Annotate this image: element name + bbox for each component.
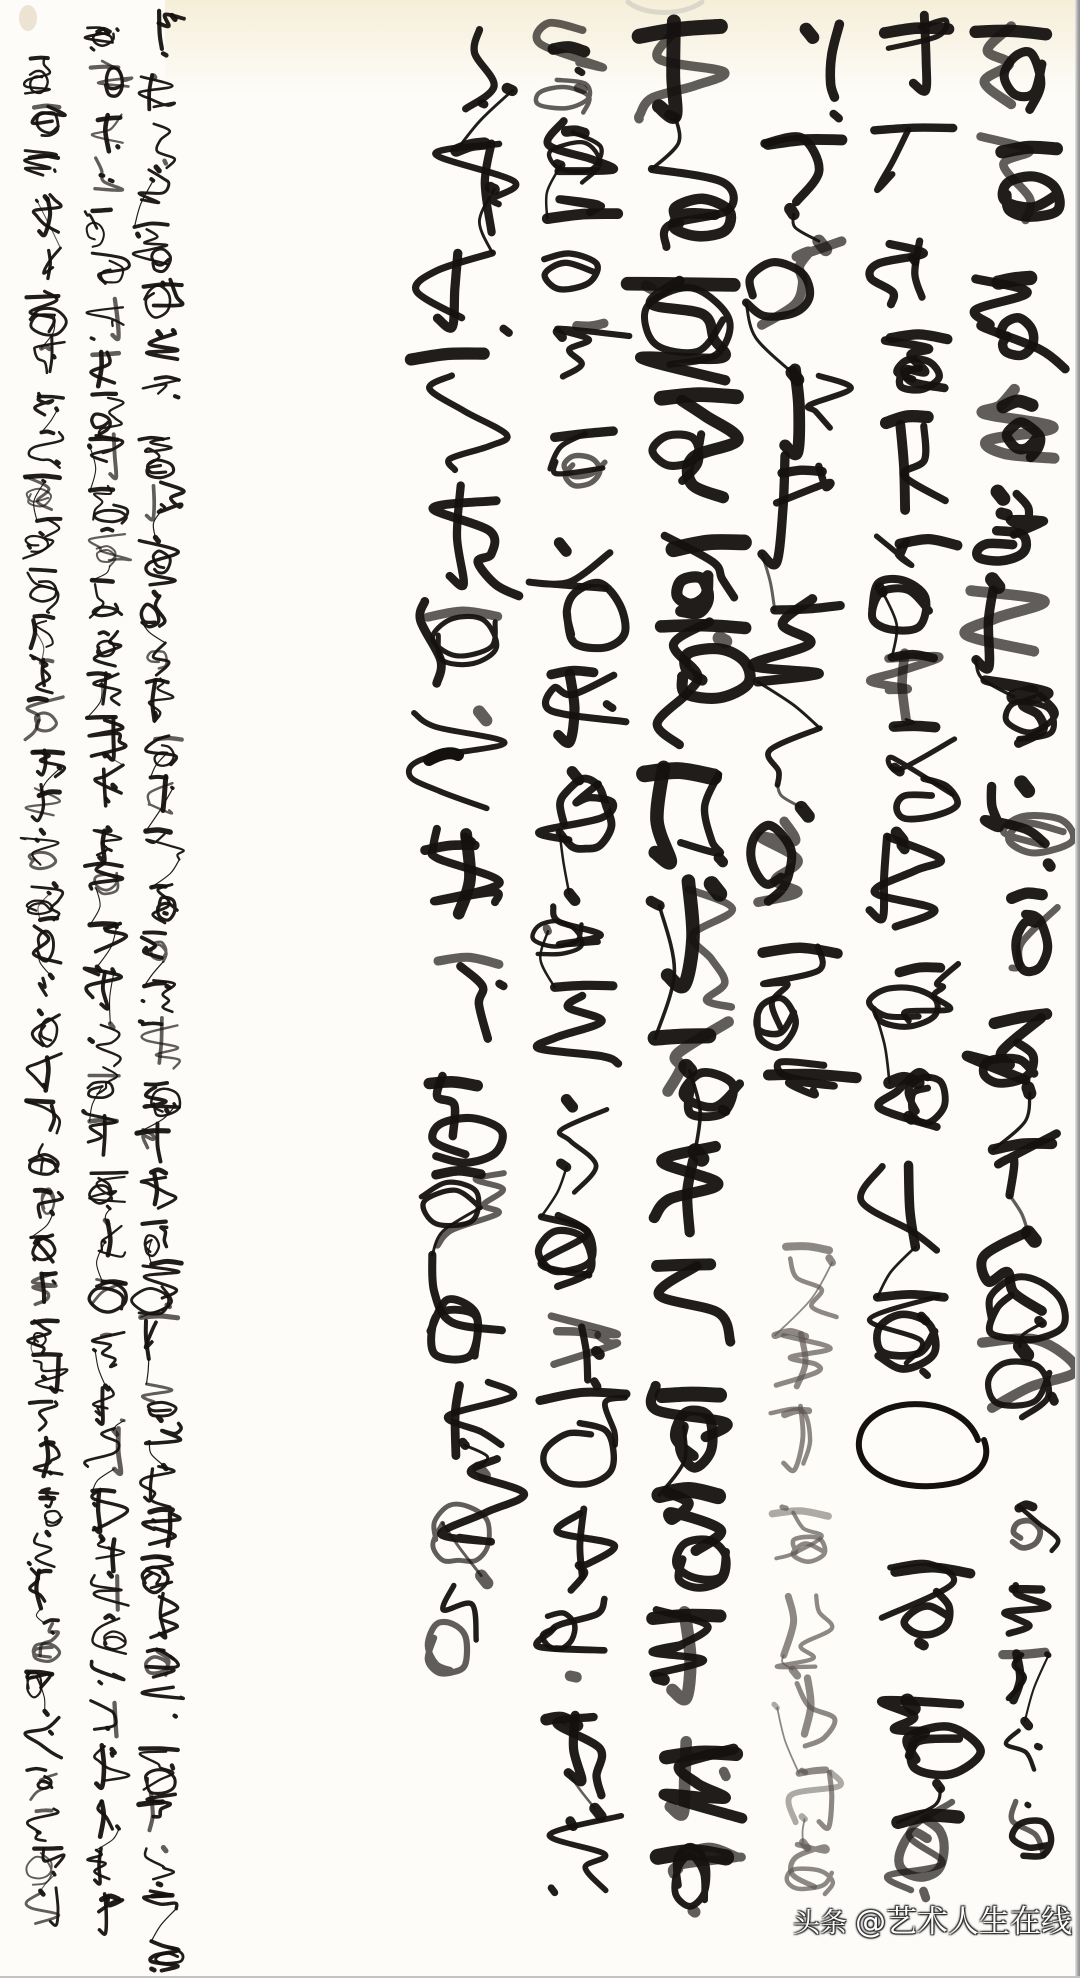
brush-stroke xyxy=(1012,893,1042,898)
calligraphy-character xyxy=(27,1101,60,1133)
calligraphy-character xyxy=(85,210,111,247)
brush-stroke xyxy=(870,837,888,920)
brush-stroke xyxy=(499,984,503,986)
brush-stroke xyxy=(140,1748,177,1749)
brush-stroke xyxy=(657,1264,710,1266)
calligraphy-character xyxy=(967,1014,1047,1093)
main-column-4 xyxy=(628,21,751,1912)
brush-stroke xyxy=(163,283,165,285)
main-column-5 xyxy=(529,23,629,1893)
brush-stroke xyxy=(163,1572,165,1574)
calligraphy-character xyxy=(89,434,122,479)
brush-stroke xyxy=(1012,1821,1051,1857)
calligraphy-character xyxy=(447,1382,514,1456)
brush-stroke xyxy=(31,570,56,572)
brush-stroke xyxy=(504,329,509,333)
brush-stroke xyxy=(1014,692,1032,697)
brush-stroke xyxy=(41,830,44,834)
brush-stroke xyxy=(465,837,472,842)
calligraphy-character xyxy=(31,1214,55,1262)
inscription-column-1 xyxy=(132,11,184,1971)
brush-stroke xyxy=(165,161,166,164)
brush-stroke xyxy=(144,932,165,933)
brush-stroke xyxy=(33,1354,60,1355)
calligraphy-character xyxy=(150,1909,183,1971)
brush-stroke xyxy=(43,1377,45,1379)
calligraphy-character xyxy=(142,1359,176,1416)
calligraphy-character xyxy=(30,1569,51,1609)
brush-stroke xyxy=(146,1083,168,1085)
brush-stroke xyxy=(900,967,941,972)
brush-stroke xyxy=(140,1466,174,1507)
ink-loop-stroke xyxy=(859,1404,986,1486)
brush-stroke xyxy=(51,1358,59,1392)
calligraphy-character xyxy=(90,888,126,952)
brush-stroke xyxy=(652,434,701,481)
brush-stroke xyxy=(30,71,48,93)
brush-stroke xyxy=(793,1537,825,1562)
brush-stroke xyxy=(117,1576,118,1610)
brush-stroke xyxy=(594,1382,597,1387)
brush-stroke xyxy=(35,616,54,618)
calligraphy-character xyxy=(147,679,174,722)
calligraphy-character xyxy=(32,1011,59,1047)
brush-stroke xyxy=(438,957,499,964)
calligraphy-character xyxy=(869,241,923,304)
brush-stroke xyxy=(105,1386,108,1389)
brush-stroke xyxy=(39,1011,42,1014)
calligraphy-character xyxy=(94,632,121,667)
calligraphy-character xyxy=(549,1773,621,1893)
calligraphy-character xyxy=(141,1170,176,1208)
brush-stroke xyxy=(158,1417,161,1421)
brush-stroke xyxy=(39,199,50,236)
brush-stroke xyxy=(792,1670,797,1676)
brush-stroke xyxy=(466,30,494,109)
calligraphy-character xyxy=(23,482,60,559)
calligraphy-character xyxy=(31,1340,67,1392)
brush-stroke xyxy=(110,1024,113,1028)
brush-stroke xyxy=(557,1514,615,1591)
brush-stroke xyxy=(768,728,820,785)
calligraphy-character xyxy=(433,1445,524,1561)
brush-stroke xyxy=(94,1492,100,1533)
calligraphy-character xyxy=(92,394,124,435)
brush-stroke xyxy=(569,893,575,900)
calligraphy-character xyxy=(143,377,180,397)
brush-stroke xyxy=(646,286,651,289)
brush-stroke xyxy=(1037,1746,1039,1747)
brush-stroke xyxy=(877,130,908,190)
brush-stroke xyxy=(559,1109,607,1192)
calligraphy-character xyxy=(974,278,1065,369)
calligraphy-character xyxy=(628,281,734,380)
brush-stroke xyxy=(722,1110,725,1112)
brush-stroke xyxy=(166,1110,167,1112)
calligraphy-character xyxy=(24,476,59,510)
brush-stroke xyxy=(142,1687,183,1698)
calligraphy-character xyxy=(151,860,179,923)
main-column-3-upper xyxy=(746,24,856,1095)
calligraphy-character xyxy=(550,431,613,486)
brush-stroke xyxy=(145,1849,174,1880)
brush-stroke xyxy=(104,1631,125,1649)
brush-stroke xyxy=(57,462,59,464)
brush-stroke xyxy=(145,1235,159,1256)
calligraphy-character xyxy=(95,756,123,806)
brush-stroke xyxy=(90,888,100,925)
main-column-1-lower xyxy=(1003,1505,1058,1857)
brush-stroke xyxy=(50,975,52,978)
main-text xyxy=(409,15,1076,1912)
brush-stroke xyxy=(142,1222,165,1224)
brush-stroke xyxy=(662,1394,720,1396)
brush-stroke xyxy=(45,1511,62,1526)
brush-stroke xyxy=(109,849,112,850)
brush-stroke xyxy=(93,210,111,211)
brush-stroke xyxy=(97,1242,105,1282)
calligraphy-character xyxy=(769,1062,857,1095)
brush-stroke xyxy=(92,394,116,395)
brush-stroke xyxy=(158,332,161,336)
brush-stroke xyxy=(834,114,839,119)
calligraphy-character xyxy=(96,1536,124,1571)
calligraphy-character xyxy=(85,863,122,894)
calligraphy-character xyxy=(142,932,167,961)
brush-stroke xyxy=(91,48,94,50)
inscription-column-3 xyxy=(21,58,68,1926)
calligraphy-character xyxy=(147,330,178,359)
brush-stroke xyxy=(923,1371,928,1375)
brush-stroke xyxy=(147,1359,149,1384)
brush-stroke xyxy=(95,505,128,523)
brush-stroke xyxy=(557,329,629,377)
brush-stroke xyxy=(154,592,157,595)
brush-stroke xyxy=(91,1701,116,1730)
brush-stroke xyxy=(1013,1521,1041,1548)
calligraphy-character xyxy=(1006,1655,1049,1769)
brush-stroke xyxy=(159,11,162,49)
calligraphy-character xyxy=(536,23,603,113)
brush-stroke xyxy=(455,1386,459,1456)
calligraphy-character xyxy=(557,1509,615,1590)
calligraphy-character xyxy=(869,964,958,1027)
calligraphy-character xyxy=(1003,1652,1049,1700)
brush-stroke xyxy=(138,234,139,236)
brush-stroke xyxy=(163,54,166,56)
brush-stroke xyxy=(112,1753,113,1755)
calligraphy-character xyxy=(420,601,498,683)
calligraphy-character xyxy=(664,1742,742,1819)
brush-stroke xyxy=(541,1167,566,1217)
brush-stroke xyxy=(93,604,121,616)
brush-stroke xyxy=(91,1662,123,1680)
calligraphy-character xyxy=(143,1509,180,1546)
brush-stroke xyxy=(172,1766,173,1769)
calligraphy-character xyxy=(651,1386,728,1468)
brush-stroke xyxy=(39,978,46,995)
calligraphy-character xyxy=(886,416,945,510)
calligraphy-character xyxy=(142,1557,172,1593)
calligraphy-character xyxy=(540,1392,626,1484)
brush-stroke xyxy=(877,536,912,565)
brush-stroke xyxy=(965,591,1045,652)
calligraphy-character xyxy=(154,124,175,168)
brush-stroke xyxy=(26,1893,59,1924)
brush-stroke xyxy=(547,214,617,219)
calligraphy-character xyxy=(147,482,184,519)
brush-stroke xyxy=(95,1848,101,1884)
brush-stroke xyxy=(977,531,1027,561)
brush-stroke xyxy=(763,948,838,954)
brush-stroke xyxy=(895,768,900,772)
brush-stroke xyxy=(830,24,839,97)
brush-stroke xyxy=(652,118,680,170)
calligraphy-character xyxy=(981,1195,1065,1340)
brush-stroke xyxy=(134,181,153,227)
calligraphy-character xyxy=(93,1351,124,1424)
brush-stroke xyxy=(99,632,108,634)
calligraphy-character xyxy=(545,671,625,743)
calligraphy-character xyxy=(438,957,504,1038)
brush-stroke xyxy=(1025,1655,1049,1721)
calligraphy-character xyxy=(29,410,63,468)
inscription-text xyxy=(21,11,184,1971)
calligraphy-character xyxy=(981,137,1060,221)
calligraphy-character xyxy=(25,697,63,740)
brush-stroke xyxy=(542,1613,575,1649)
brush-stroke xyxy=(45,1711,48,1715)
brush-stroke xyxy=(27,1809,58,1841)
brush-stroke xyxy=(118,146,119,147)
brush-stroke xyxy=(153,1520,155,1522)
calligraphy-character xyxy=(84,927,121,1009)
brush-stroke xyxy=(101,972,108,1009)
calligraphy-character xyxy=(26,1848,64,1885)
brush-stroke xyxy=(567,583,626,648)
brush-stroke xyxy=(555,985,613,987)
brush-stroke xyxy=(557,332,562,338)
brush-stroke xyxy=(1006,695,1056,739)
main-column-1-upper xyxy=(965,26,1076,1417)
calligraphy-character xyxy=(965,579,1045,669)
calligraphy-character xyxy=(33,1273,56,1304)
calligraphy-character xyxy=(872,536,957,630)
calligraphy-character xyxy=(34,1438,62,1476)
brush-stroke xyxy=(791,1845,828,1887)
brush-stroke xyxy=(108,1221,111,1255)
calligraphy-character xyxy=(652,395,737,498)
calligraphy-character xyxy=(33,195,61,236)
calligraphy-character xyxy=(751,785,809,902)
brush-stroke xyxy=(146,1652,169,1675)
brush-stroke xyxy=(42,660,44,686)
brush-stroke xyxy=(132,1287,172,1315)
scroll-right-edge xyxy=(1075,0,1080,1978)
brush-stroke xyxy=(681,775,721,854)
brush-stroke xyxy=(107,718,114,760)
brush-stroke xyxy=(693,1911,695,1912)
brush-stroke xyxy=(34,1848,61,1849)
brush-stroke xyxy=(36,1608,44,1623)
brush-stroke xyxy=(108,828,110,831)
brush-stroke xyxy=(23,519,59,559)
brush-stroke xyxy=(1025,1721,1029,1726)
brush-stroke xyxy=(919,1643,923,1645)
brush-stroke xyxy=(915,241,922,297)
brush-stroke xyxy=(109,1573,112,1576)
brush-stroke xyxy=(146,1770,176,1794)
calligraphy-character xyxy=(139,1794,175,1831)
brush-stroke xyxy=(886,416,928,423)
watermark-platform: 头条 xyxy=(793,1908,847,1939)
brush-stroke xyxy=(146,830,170,832)
brush-stroke xyxy=(50,1106,54,1130)
brush-stroke xyxy=(90,1039,93,1041)
brush-stroke xyxy=(105,115,109,151)
brush-stroke xyxy=(107,1206,110,1209)
main-column-6 xyxy=(409,30,524,1674)
brush-stroke xyxy=(38,1832,40,1833)
brush-stroke xyxy=(36,621,53,647)
brush-stroke xyxy=(675,1846,707,1906)
calligraphy-character xyxy=(984,783,1073,867)
calligraphy-character xyxy=(35,394,63,415)
calligraphy-character xyxy=(870,832,942,926)
brush-stroke xyxy=(41,431,53,433)
calligraphy-character xyxy=(27,1671,53,1697)
brush-stroke xyxy=(720,638,726,641)
brush-stroke xyxy=(106,68,123,96)
brush-stroke xyxy=(55,170,56,172)
brush-stroke xyxy=(154,1174,157,1204)
calligraphy-character xyxy=(27,1769,56,1800)
brush-stroke xyxy=(36,1571,41,1609)
brush-stroke xyxy=(877,1247,915,1297)
brush-stroke xyxy=(149,75,152,109)
brush-stroke xyxy=(99,1682,101,1684)
brush-stroke xyxy=(144,983,164,986)
calligraphy-character xyxy=(159,11,184,55)
brush-stroke xyxy=(50,1732,52,1734)
calligraphy-scroll: 头条@艺术人生在线 xyxy=(0,0,1080,1978)
calligraphy-character xyxy=(430,1208,502,1360)
brush-stroke xyxy=(435,144,516,204)
calligraphy-character xyxy=(874,128,953,190)
brush-stroke xyxy=(100,1802,104,1837)
brush-stroke xyxy=(147,334,178,360)
calligraphy-character xyxy=(657,1264,730,1341)
brush-stroke xyxy=(912,258,916,262)
brush-stroke xyxy=(155,537,158,541)
main-column-3-lower xyxy=(771,1246,841,1894)
brush-stroke xyxy=(1048,864,1050,867)
brush-stroke xyxy=(92,414,111,434)
brush-stroke xyxy=(543,1423,613,1484)
calligraphy-character xyxy=(29,1532,55,1567)
brush-stroke xyxy=(94,1504,95,1506)
brush-stroke xyxy=(30,1402,52,1403)
brush-stroke xyxy=(682,649,750,699)
calligraphy-character xyxy=(771,1406,811,1471)
brush-stroke xyxy=(658,1266,730,1342)
calligraphy-character xyxy=(92,1615,125,1653)
calligraphy-character xyxy=(28,570,59,613)
brush-stroke xyxy=(164,913,166,914)
brush-stroke xyxy=(52,1632,53,1633)
brush-stroke xyxy=(433,501,519,596)
brush-stroke xyxy=(150,1794,153,1831)
brush-stroke xyxy=(40,1624,58,1656)
brush-stroke xyxy=(998,492,1004,499)
calligraphy-character xyxy=(144,280,183,318)
brush-stroke xyxy=(29,546,31,548)
brush-stroke xyxy=(907,1726,981,1775)
calligraphy-character xyxy=(141,592,165,627)
calligraphy-ink-layer xyxy=(0,0,1080,1978)
brush-stroke xyxy=(44,248,61,273)
brush-stroke xyxy=(147,460,174,478)
calligraphy-character xyxy=(27,884,63,921)
calligraphy-character xyxy=(765,137,842,215)
calligraphy-character xyxy=(89,529,131,567)
calligraphy-character xyxy=(32,106,65,136)
brush-stroke xyxy=(40,918,57,920)
brush-stroke xyxy=(559,543,566,552)
brush-stroke xyxy=(657,1678,664,1680)
calligraphy-character xyxy=(652,118,734,247)
calligraphy-character xyxy=(139,507,178,585)
calligraphy-character xyxy=(529,543,625,648)
brush-stroke xyxy=(894,726,935,727)
calligraphy-character xyxy=(142,1687,183,1716)
calligraphy-character xyxy=(421,1171,504,1246)
brush-stroke xyxy=(545,675,625,722)
calligraphy-character xyxy=(1012,893,1058,972)
brush-stroke xyxy=(900,425,905,510)
brush-stroke xyxy=(1006,1731,1034,1770)
brush-stroke xyxy=(27,1769,46,1771)
brush-stroke xyxy=(87,685,102,718)
calligraphy-character xyxy=(746,214,842,325)
brush-stroke xyxy=(50,1473,51,1474)
brush-stroke xyxy=(786,1246,829,1250)
brush-stroke xyxy=(551,1888,555,1893)
brush-stroke xyxy=(432,1118,503,1163)
calligraphy-character xyxy=(639,21,725,118)
brush-stroke xyxy=(39,1402,57,1430)
calligraphy-character xyxy=(416,190,509,333)
brush-stroke xyxy=(29,698,46,700)
main-column-2-lower xyxy=(881,1563,980,1898)
brush-stroke xyxy=(580,1509,584,1577)
calligraphy-character xyxy=(977,492,1044,561)
brush-stroke xyxy=(158,1884,161,1885)
calligraphy-character xyxy=(752,554,840,682)
brush-stroke xyxy=(36,1810,51,1811)
brush-stroke xyxy=(113,785,116,788)
brush-stroke xyxy=(537,996,618,1064)
calligraphy-character xyxy=(151,1594,178,1638)
brush-stroke xyxy=(802,1770,806,1772)
brush-stroke xyxy=(570,1821,573,1826)
brush-stroke xyxy=(557,1331,597,1335)
brush-stroke xyxy=(801,807,808,816)
calligraphy-character xyxy=(140,1442,174,1507)
brush-stroke xyxy=(897,779,958,819)
brush-stroke xyxy=(153,551,170,573)
calligraphy-character xyxy=(665,536,744,614)
